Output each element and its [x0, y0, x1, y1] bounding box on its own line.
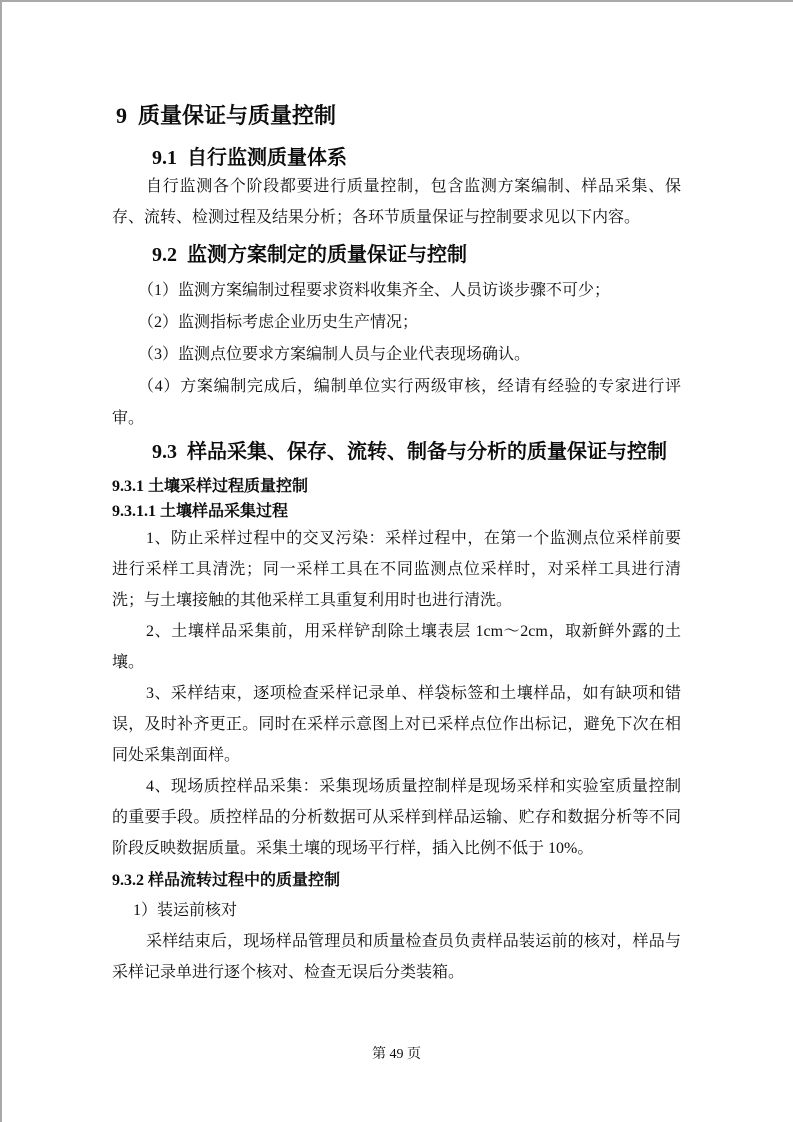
- section-9-3-2-heading: 9.3.2 样品流转过程中的质量控制: [112, 870, 681, 892]
- document-page: { "doc": { "h1": "9 质量保证与质量控制", "s91": {…: [0, 0, 793, 1122]
- sub-item-heading: 1）装运前核对: [112, 895, 681, 926]
- section-9-3-1-heading: 9.3.1 土壤采样过程质量控制: [112, 476, 681, 498]
- document-body: 9 质量保证与质量控制 9.1 自行监测质量体系 自行监测各个阶段都要进行质量控…: [2, 102, 793, 1063]
- section-9-2-heading: 9.2 监测方案制定的质量保证与控制: [152, 242, 681, 268]
- page-number: 第 49 页: [112, 1043, 681, 1063]
- section-9-1-heading: 9.1 自行监测质量体系: [152, 145, 681, 171]
- list-item: （4）方案编制完成后，编制单位实行两级审核，经请有经验的专家进行评审。: [112, 371, 681, 435]
- soil-sampling-paragraph: 1、防止采样过程中的交叉污染：采样过程中，在第一个监测点位采样前要进行采样工具清…: [112, 523, 681, 616]
- list-item: （3）监测点位要求方案编制人员与企业代表现场确认。: [112, 339, 681, 371]
- section-9-3-1-1-heading: 9.3.1.1 土壤样品采集过程: [112, 501, 681, 523]
- section-9-1-paragraph: 自行监测各个阶段都要进行质量控制，包含监测方案编制、样品采集、保存、流转、检测过…: [112, 171, 681, 233]
- transfer-check-paragraph: 采样结束后，现场样品管理员和质量检查员负责样品装运前的核对，样品与采样记录单进行…: [112, 926, 681, 988]
- soil-sampling-paragraph: 2、土壤样品采集前，用采样铲刮除土壤表层 1cm～2cm，取新鲜外露的土壤。: [112, 616, 681, 678]
- section-9-2-list: （1）监测方案编制过程要求资料收集齐全、人员访谈步骤不可少； （2）监测指标考虑…: [112, 275, 681, 435]
- section-9-3-heading: 9.3 样品采集、保存、流转、制备与分析的质量保证与控制: [152, 439, 681, 465]
- list-item: （1）监测方案编制过程要求资料收集齐全、人员访谈步骤不可少；: [112, 275, 681, 307]
- chapter-heading: 9 质量保证与质量控制: [116, 102, 681, 130]
- soil-sampling-paragraph: 4、现场质控样品采集：采集现场质量控制样是现场采样和实验室质量控制的重要手段。质…: [112, 771, 681, 864]
- list-item: （2）监测指标考虑企业历史生产情况；: [112, 307, 681, 339]
- soil-sampling-paragraph: 3、采样结束，逐项检查采样记录单、样袋标签和土壤样品，如有缺项和错误，及时补齐更…: [112, 678, 681, 771]
